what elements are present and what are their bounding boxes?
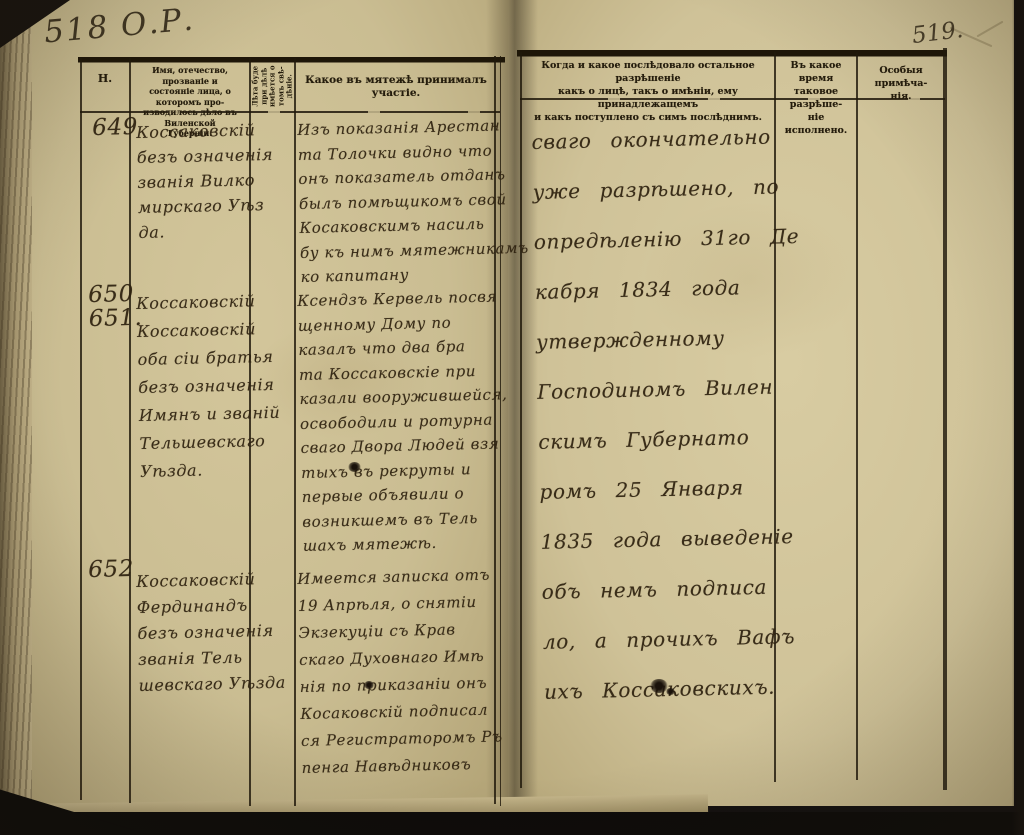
ink-blot xyxy=(364,681,374,689)
text-line: таковое разрѣше- xyxy=(776,85,856,111)
header-number-column: Н. xyxy=(80,72,130,85)
text-line: 652 xyxy=(88,557,134,582)
text-line: безъ означенія xyxy=(137,142,250,170)
text-line: званія Тель xyxy=(138,644,251,673)
text-line: шевскаго Уѣзда xyxy=(138,670,251,699)
text-line: состояніе лица, о которомъ про- xyxy=(131,86,249,107)
text-line: дѣніе. xyxy=(285,64,294,109)
table-shadow-bottom xyxy=(0,812,1024,835)
text-line: Тельшевскаго xyxy=(139,427,252,458)
text-line: Въ какое время xyxy=(776,59,856,85)
text-line: мирскаго Уѣз xyxy=(138,192,251,220)
text-line: Коссаковскій xyxy=(136,287,249,318)
ink-blot xyxy=(666,688,675,695)
text-line: 649 xyxy=(92,115,138,140)
text-line: Уѣзда. xyxy=(140,455,253,486)
row-650-651-numbers: 650651. xyxy=(88,282,143,331)
header-participation-column: Какое въ мятежѣ принималъ участіе. xyxy=(296,74,496,100)
text-line: Коссаковскій xyxy=(137,315,250,346)
text-line: Господиномъ Вилен xyxy=(537,361,780,416)
text-line: Особыя примѣча- xyxy=(859,64,943,90)
text-line: 650 xyxy=(88,282,142,307)
text-line: ніе исполнено. xyxy=(776,111,856,137)
text-line: уже разрѣшено, по xyxy=(532,161,775,216)
header-age-column: Лѣта будепри дѣлѣимѣется отомъ свѣ-дѣніе… xyxy=(250,60,295,112)
text-line: безъ означенія xyxy=(138,371,251,402)
text-line: опредѣленію 31го Де xyxy=(533,211,776,266)
text-line: сваго Двора Людей взя xyxy=(300,431,503,460)
text-line: Когда и какое послѣдовало остальное разр… xyxy=(523,59,773,85)
row-649-participation: Изъ показанія Арестанта Толочки видно чт… xyxy=(297,113,503,289)
text-line: ся Регистраторомъ Ръ xyxy=(301,723,504,755)
text-line: какъ о лицѣ, такъ о имѣніи, ему принадле… xyxy=(523,85,773,111)
row-650-651-participation: Ксендзъ Кервель посвященному Дому показа… xyxy=(297,284,505,558)
photo-edge-right xyxy=(1012,0,1024,835)
text-line: да. xyxy=(138,217,251,245)
text-line: Ксендзъ Кервель посвя xyxy=(297,284,500,313)
text-line: 651. xyxy=(89,306,143,331)
text-line: ло, а прочихъ Вафъ xyxy=(542,611,785,666)
text-line: Имя, отечество, прозваніе и xyxy=(131,65,249,86)
ink-blot xyxy=(348,462,361,472)
text-line: кабря 1834 года xyxy=(534,261,777,316)
scanned-ledger-photo: 518 О.Р. 519. Н. Имя, отечество, прозван… xyxy=(0,0,1024,835)
text-line: скимъ Губернато xyxy=(538,411,781,466)
text-line: оба сіи братья xyxy=(137,343,250,374)
text-line: 1835 года выведеніе xyxy=(540,511,783,566)
text-line: бу къ нимъ мятежникамъ xyxy=(300,236,503,265)
text-line: званія Вилко xyxy=(137,167,250,195)
text-line: безъ означенія xyxy=(137,618,250,647)
text-line: Коссаковскій xyxy=(136,566,249,595)
row-652-name: КоссаковскійФердинандъбезъ означеніязван… xyxy=(136,566,251,699)
text-line: 19 Апрѣля, о снятіи xyxy=(298,588,501,620)
text-line: возникшемъ въ Тель xyxy=(302,505,505,534)
resolution-handwriting: сваго окончательноуже разрѣшено, поопред… xyxy=(531,112,787,717)
text-line: сваго окончательно xyxy=(531,112,774,167)
text-line: Имянъ и званій xyxy=(139,399,252,430)
text-line: ромъ 25 Января xyxy=(539,461,782,516)
header-time-column: Въ какое времятаковое разрѣше-ніе исполн… xyxy=(776,59,856,137)
text-line: объ немъ подписа xyxy=(541,561,784,616)
header-notes-column: Особыя примѣча-нія. xyxy=(859,64,943,103)
text-line: пенга Навѣдниковъ xyxy=(301,750,504,782)
row-652-number: 652 xyxy=(88,557,134,582)
text-line: Коссаковскій xyxy=(136,117,249,145)
text-line: шахъ мятежѣ. xyxy=(303,529,506,558)
row-649-name: Коссаковскійбезъ означеніязванія Вилкоми… xyxy=(136,117,251,245)
row-652-participation: Имеется записка отъ19 Апрѣля, о снятіиЭк… xyxy=(297,561,504,782)
text-line: нія. xyxy=(859,90,943,103)
row-650-651-name: КоссаковскійКоссаковскійоба сіи братьябе… xyxy=(136,287,252,485)
row-649-number: 649 xyxy=(92,115,138,140)
text-line: Фердинандъ xyxy=(137,592,250,621)
page-edges-left xyxy=(0,0,32,828)
text-line: утвержденному xyxy=(536,311,779,366)
